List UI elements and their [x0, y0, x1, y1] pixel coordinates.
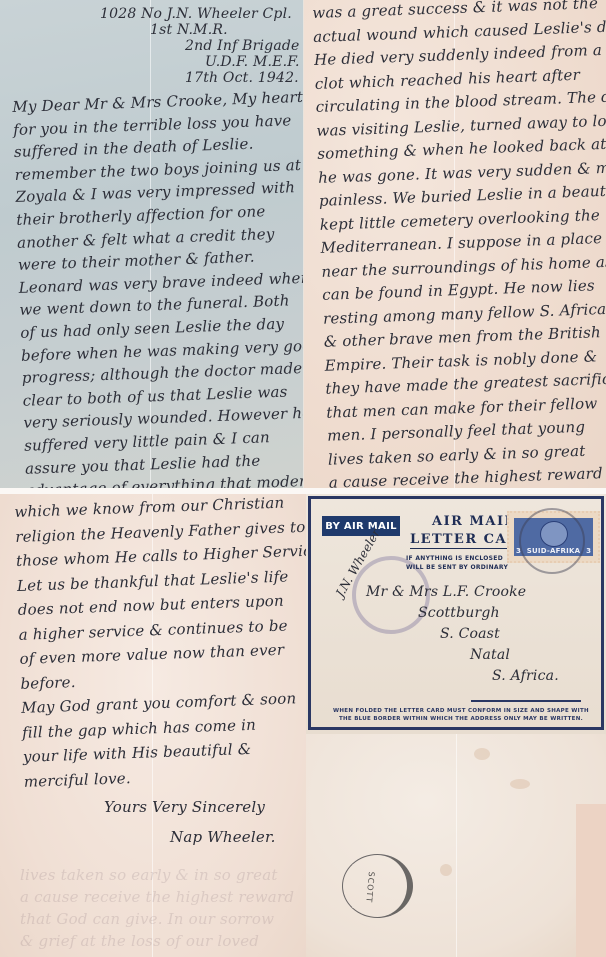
receiving-postmark [342, 854, 413, 918]
letter-closing: Yours Very Sincerely [104, 796, 265, 819]
sender-force-line: U.D.F. M.E.F. [205, 54, 300, 70]
notice-line-2: WILL BE SENT BY ORDINARY [406, 563, 508, 572]
sender-unit-line: 1st N.M.R. [150, 22, 300, 38]
paper-stain [474, 748, 490, 760]
air-letter-card-front: BY AIR MAIL AIR MAIL LETTER CARD IF ANYT… [306, 494, 606, 734]
paper-stain [510, 779, 530, 789]
fold-line [456, 734, 457, 957]
letter-page-1: 1028 No J.N. Wheeler Cpl. 1st N.M.R. 2nd… [0, 0, 304, 488]
address-town: Scottburgh [418, 603, 559, 624]
by-air-mail-label: BY AIR MAIL [322, 516, 400, 536]
sender-brigade-line: 2nd Inf Brigade [185, 38, 300, 54]
address-underline [471, 700, 581, 702]
address-name: Mr & Mrs L.F. Crooke [366, 582, 559, 603]
letter-body-page-3: which we know from our Christianreligion… [14, 494, 306, 794]
recipient-address: Mr & Mrs L.F. Crooke Scottburgh S. Coast… [366, 582, 559, 687]
letter-page-3: which we know from our Christianreligion… [0, 494, 306, 957]
card-title-airmail: AIR MAIL [432, 514, 515, 529]
letter-body-page-1: My Dear Mr & Mrs Crooke, My heart achesf… [12, 84, 304, 488]
sender-rank-line: 1028 No J.N. Wheeler Cpl. [100, 6, 300, 22]
address-region: S. Coast [440, 624, 559, 645]
enclosure-notice: IF ANYTHING IS ENCLOSED WILL BE SENT BY … [406, 554, 508, 572]
address-province: Natal [470, 645, 559, 666]
stamp-cancellation-postmark [519, 508, 585, 574]
folding-instructions: WHEN FOLDED THE LETTER CARD MUST CONFORM… [330, 707, 592, 723]
footer-line-1: WHEN FOLDED THE LETTER CARD MUST CONFORM… [330, 707, 592, 715]
air-letter-card-back: SCOTT [306, 734, 606, 957]
card-flap [576, 804, 606, 957]
letter-header: 1028 No J.N. Wheeler Cpl. 1st N.M.R. 2nd… [80, 6, 300, 86]
letter-page-2: was a great success & it was not theactu… [304, 0, 606, 488]
letter-body-page-2: was a great success & it was not theactu… [312, 0, 606, 488]
letter-signature: Nap Wheeler. [170, 826, 276, 849]
notice-line-1: IF ANYTHING IS ENCLOSED [406, 554, 508, 563]
stamp-value-right: 3 [586, 547, 591, 555]
bleed-through-text: lives taken so early & in so great a cau… [20, 864, 294, 952]
footer-line-2: THE BLUE BORDER WITHIN WHICH THE ADDRESS… [330, 715, 592, 723]
address-country: S. Africa. [492, 666, 559, 687]
paper-stain [440, 864, 452, 876]
letter-date: 17th Oct. 1942. [185, 70, 300, 86]
